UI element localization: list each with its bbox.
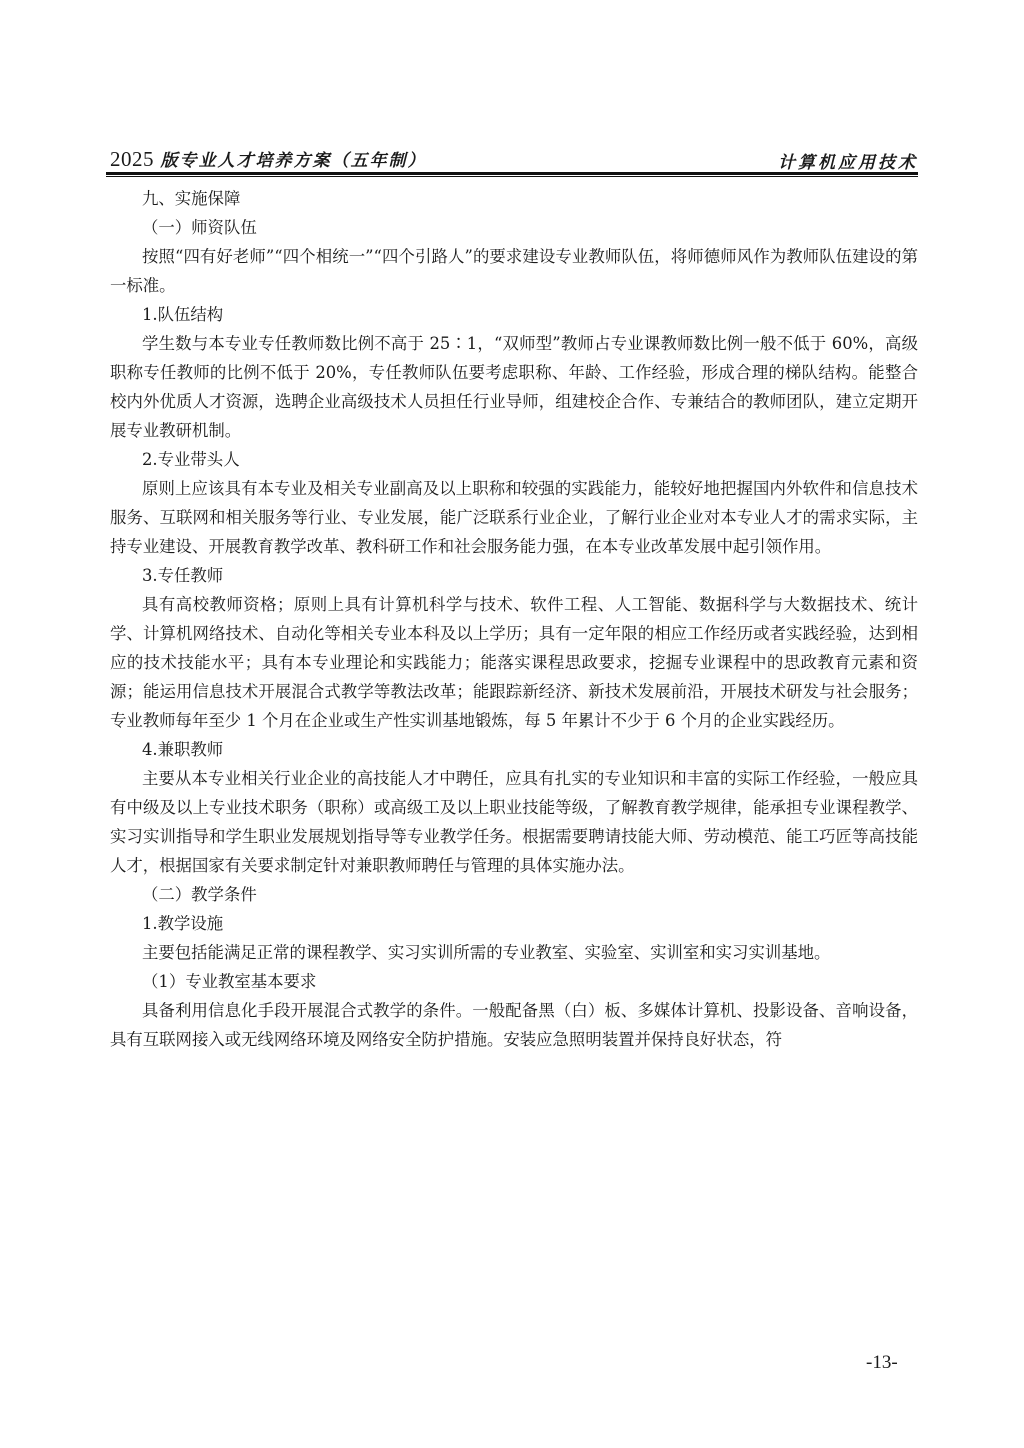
program-leader-paragraph: 原则上应该具有本专业及相关专业副高及以上职称和较强的实践能力，能较好地把握国内外… <box>110 474 918 561</box>
faculty-intro-paragraph: 按照“四有好老师”“四个相统一”“四个引路人”的要求建设专业教师队伍，将师德师风… <box>110 242 918 300</box>
subsection-heading-faculty: （一）师资队伍 <box>110 213 918 242</box>
item-heading-fulltime-teachers: 3.专任教师 <box>110 561 918 590</box>
page-header: 2025 版专业人才培养方案（五年制） 计算机应用技术 <box>110 142 918 172</box>
page-body: 九、实施保障 （一）师资队伍 按照“四有好老师”“四个相统一”“四个引路人”的要… <box>110 184 918 1054</box>
header-rule-thick <box>106 172 918 175</box>
parttime-teachers-paragraph: 主要从本专业相关行业企业的高技能人才中聘任，应具有扎实的专业知识和丰富的实际工作… <box>110 764 918 880</box>
item-heading-team-structure: 1.队伍结构 <box>110 300 918 329</box>
fulltime-teachers-paragraph: 具有高校教师资格；原则上具有计算机科学与技术、软件工程、人工智能、数据科学与大数… <box>110 590 918 735</box>
item-heading-parttime-teachers: 4.兼职教师 <box>110 735 918 764</box>
item-heading-program-leader: 2.专业带头人 <box>110 445 918 474</box>
facilities-paragraph: 主要包括能满足正常的课程教学、实习实训所需的专业教室、实验室、实训室和实习实训基… <box>110 938 918 967</box>
page-number: -13- <box>866 1352 898 1374</box>
item-heading-facilities: 1.教学设施 <box>110 909 918 938</box>
document-year: 2025 <box>110 147 154 171</box>
subsection-heading-teaching-conditions: （二）教学条件 <box>110 880 918 909</box>
section-heading: 九、实施保障 <box>110 184 918 213</box>
major-name: 计算机应用技术 <box>778 148 918 173</box>
document-title: 2025 版专业人才培养方案（五年制） <box>110 146 427 172</box>
document-title-text: 版专业人才培养方案（五年制） <box>161 151 427 171</box>
item-heading-classroom-requirements: （1）专业教室基本要求 <box>110 967 918 996</box>
team-structure-paragraph: 学生数与本专业专任教师数比例不高于 25∶1，“双师型”教师占专业课教师数比例一… <box>110 329 918 445</box>
header-rule-thin <box>106 176 918 177</box>
classroom-requirements-paragraph: 具备利用信息化手段开展混合式教学的条件。一般配备黑（白）板、多媒体计算机、投影设… <box>110 996 918 1054</box>
